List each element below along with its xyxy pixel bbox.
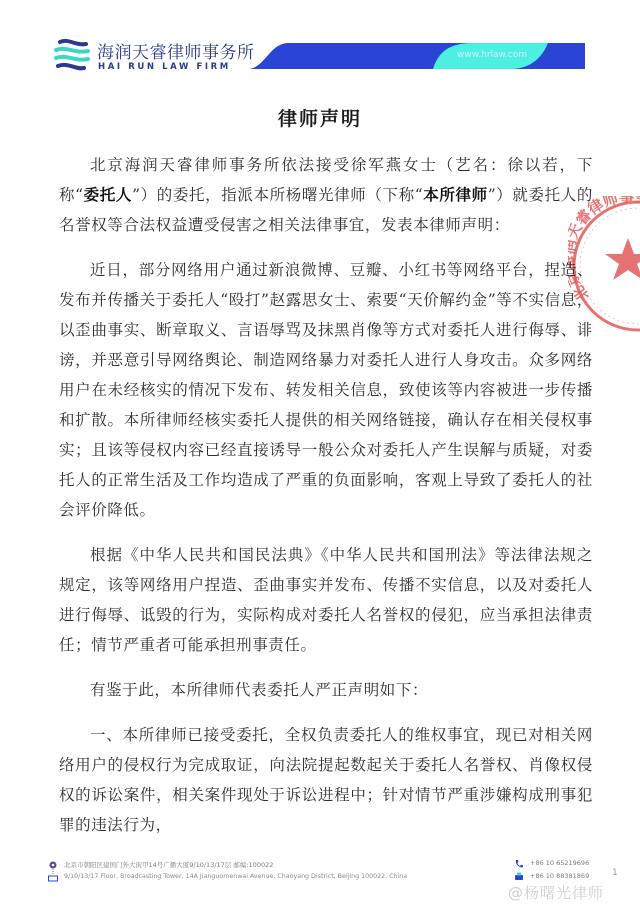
phone-icon (514, 859, 524, 869)
paragraph-item-1: 一、本所律师已接受委托，全权负责委托人的维权事宜，现已对相关网络用户的侵权行为完… (59, 720, 593, 840)
letterhead: 海润天睿律师事务所 HAI RUN LAW FIRM www.hrlaw.com (0, 0, 640, 80)
fax-number: +86 10 88381869 (530, 872, 589, 880)
fax-icon (514, 872, 524, 881)
firm-name-en: HAI RUN LAW FIRM (98, 62, 231, 72)
address-cn: 北京市朝阳区建国门外大街甲14号广播大厦9/10/13/17层 邮编:10002… (64, 860, 273, 869)
header-decorative-bar (248, 43, 585, 69)
statement-body: 北京海润天睿律师事务所依法接受徐军燕女士（艺名：徐以若，下称“委托人”）的委托，… (59, 150, 593, 855)
website-link[interactable]: www.hrlaw.com (457, 50, 527, 60)
paragraph-facts: 近日，部分网络用户通过新浪微博、豆瓣、小红书等网络平台，捏造、发布并传播关于委托… (59, 255, 593, 525)
location-pin-icon (48, 861, 58, 883)
paragraph-declaration-lead: 有鉴于此，本所律师代表委托人严正声明如下： (59, 675, 593, 705)
weibo-watermark: @杨曙光律师 (508, 882, 604, 903)
firm-logo-icon (52, 36, 92, 72)
letterhead-footer: 北京市朝阳区建国门外大街甲14号广播大厦9/10/13/17层 邮编:10002… (0, 850, 640, 904)
page-number: 1 (612, 868, 618, 878)
document-title: 律师声明 (0, 104, 640, 131)
firm-name-cn: 海润天睿律师事务所 (97, 38, 255, 63)
address-en: 9/10/13/17 Floor, Broadcasting Tower, 14… (64, 873, 407, 880)
paragraph-legal-basis: 根据《中华人民共和国民法典》《中华人民共和国刑法》等法律法规之规定，该等网络用户… (59, 540, 593, 660)
phone-number: +86 10 65219696 (530, 859, 589, 867)
paragraph-intro: 北京海润天睿律师事务所依法接受徐军燕女士（艺名：徐以若，下称“委托人”）的委托，… (59, 150, 593, 240)
